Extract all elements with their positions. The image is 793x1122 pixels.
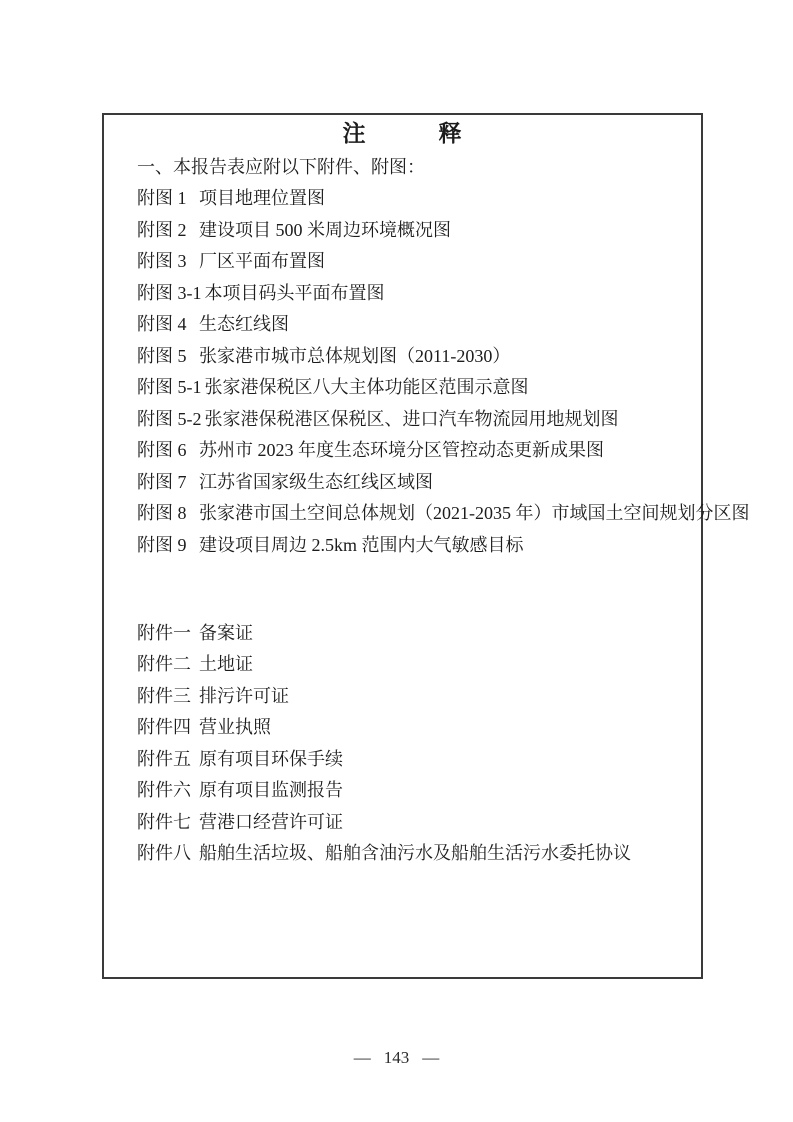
figure-title: 江苏省国家级生态红线区域图 xyxy=(199,468,433,494)
attachment-list-item: 附件三 排污许可证 xyxy=(137,679,697,711)
document-page: { "document": { "title": "注 释", "intro":… xyxy=(0,0,793,1122)
attachment-title: 船舶生活垃圾、船舶含油污水及船舶生活污水委托协议 xyxy=(199,839,631,865)
figure-label: 附图 7 xyxy=(137,468,196,494)
attachment-label: 附件八 xyxy=(137,839,196,865)
figure-label: 附图 5 xyxy=(137,342,196,368)
notes-frame: 注 释 一、本报告表应附以下附件、附图： 附图 1 项目地理位置图 附图 2 建… xyxy=(102,113,703,979)
figure-title: 张家港市国土空间总体规划（2021-2035 年）市域国土空间规划分区图 xyxy=(199,499,750,525)
page-footer: — 143 — xyxy=(0,1048,793,1068)
figure-label: 附图 5-2 xyxy=(137,405,202,431)
figure-title: 张家港保税港区保税区、进口汽车物流园用地规划图 xyxy=(205,405,619,431)
figure-list-item: 附图 4 生态红线图 xyxy=(137,308,697,340)
attachment-list-item: 附件四 营业执照 xyxy=(137,711,697,743)
attachment-list-item: 附件六 原有项目监测报告 xyxy=(137,774,697,806)
attachment-title: 营业执照 xyxy=(199,713,271,739)
figure-label: 附图 4 xyxy=(137,310,196,336)
intro-text: 一、本报告表应附以下附件、附图： xyxy=(137,153,425,179)
figure-list-item: 附图 6 苏州市 2023 年度生态环境分区管控动态更新成果图 xyxy=(137,434,697,466)
figure-list-item: 附图 2 建设项目 500 米周边环境概况图 xyxy=(137,213,697,245)
attachment-label: 附件一 xyxy=(137,619,196,645)
notes-content: 一、本报告表应附以下附件、附图： 附图 1 项目地理位置图 附图 2 建设项目 … xyxy=(104,150,701,868)
figure-title: 建设项目 500 米周边环境概况图 xyxy=(199,216,451,242)
attachment-title: 排污许可证 xyxy=(199,682,289,708)
attachment-list-item: 附件八 船舶生活垃圾、船舶含油污水及船舶生活污水委托协议 xyxy=(137,837,697,869)
figure-label: 附图 1 xyxy=(137,184,196,210)
attachment-list-item: 附件一 备案证 xyxy=(137,616,697,648)
attachment-label: 附件六 xyxy=(137,776,196,802)
attachment-title: 备案证 xyxy=(199,619,253,645)
figure-label: 附图 3 xyxy=(137,247,196,273)
attachment-title: 原有项目监测报告 xyxy=(199,776,343,802)
figure-list-item: 附图 7 江苏省国家级生态红线区域图 xyxy=(137,465,697,497)
figure-title: 建设项目周边 2.5km 范围内大气敏感目标 xyxy=(199,531,524,557)
figure-list-item: 附图 3 厂区平面布置图 xyxy=(137,245,697,277)
figure-title: 本项目码头平面布置图 xyxy=(205,279,385,305)
figure-label: 附图 5-1 xyxy=(137,373,202,399)
attachment-list-item: 附件二 土地证 xyxy=(137,648,697,680)
figure-title: 项目地理位置图 xyxy=(199,184,325,210)
figure-label: 附图 2 xyxy=(137,216,196,242)
figure-title: 张家港市城市总体规划图（2011-2030） xyxy=(199,342,510,368)
attachment-label: 附件四 xyxy=(137,713,196,739)
attachment-label: 附件五 xyxy=(137,745,196,771)
page-number-dash-right: — xyxy=(422,1048,439,1068)
figure-list-item: 附图 5-2 张家港保税港区保税区、进口汽车物流园用地规划图 xyxy=(137,402,697,434)
attachment-label: 附件七 xyxy=(137,808,196,834)
figure-label: 附图 9 xyxy=(137,531,196,557)
page-number-dash-left: — xyxy=(354,1048,371,1068)
figure-label: 附图 8 xyxy=(137,499,196,525)
figure-title: 苏州市 2023 年度生态环境分区管控动态更新成果图 xyxy=(199,436,604,462)
figure-list-item: 附图 1 项目地理位置图 xyxy=(137,182,697,214)
figure-list-item: 附图 5 张家港市城市总体规划图（2011-2030） xyxy=(137,339,697,371)
figure-list-item: 附图 5-1 张家港保税区八大主体功能区范围示意图 xyxy=(137,371,697,403)
attachment-title: 原有项目环保手续 xyxy=(199,745,343,771)
figure-title: 厂区平面布置图 xyxy=(199,247,325,273)
attachment-title: 营港口经营许可证 xyxy=(199,808,343,834)
page-title: 注 释 xyxy=(104,119,701,149)
attachment-label: 附件三 xyxy=(137,682,196,708)
attachment-label: 附件二 xyxy=(137,650,196,676)
figure-list-item: 附图 8 张家港市国土空间总体规划（2021-2035 年）市域国土空间规划分区… xyxy=(137,497,697,529)
intro-line: 一、本报告表应附以下附件、附图： xyxy=(137,150,697,182)
attachment-title: 土地证 xyxy=(199,650,253,676)
figure-list-item: 附图 3-1 本项目码头平面布置图 xyxy=(137,276,697,308)
figure-list-item: 附图 9 建设项目周边 2.5km 范围内大气敏感目标 xyxy=(137,528,697,560)
figure-label: 附图 3-1 xyxy=(137,279,202,305)
attachment-list-item: 附件五 原有项目环保手续 xyxy=(137,742,697,774)
section-gap xyxy=(137,560,697,617)
figure-title: 生态红线图 xyxy=(199,310,289,336)
attachment-list-item: 附件七 营港口经营许可证 xyxy=(137,805,697,837)
page-number: 143 xyxy=(384,1048,410,1068)
figure-title: 张家港保税区八大主体功能区范围示意图 xyxy=(205,373,529,399)
figure-label: 附图 6 xyxy=(137,436,196,462)
